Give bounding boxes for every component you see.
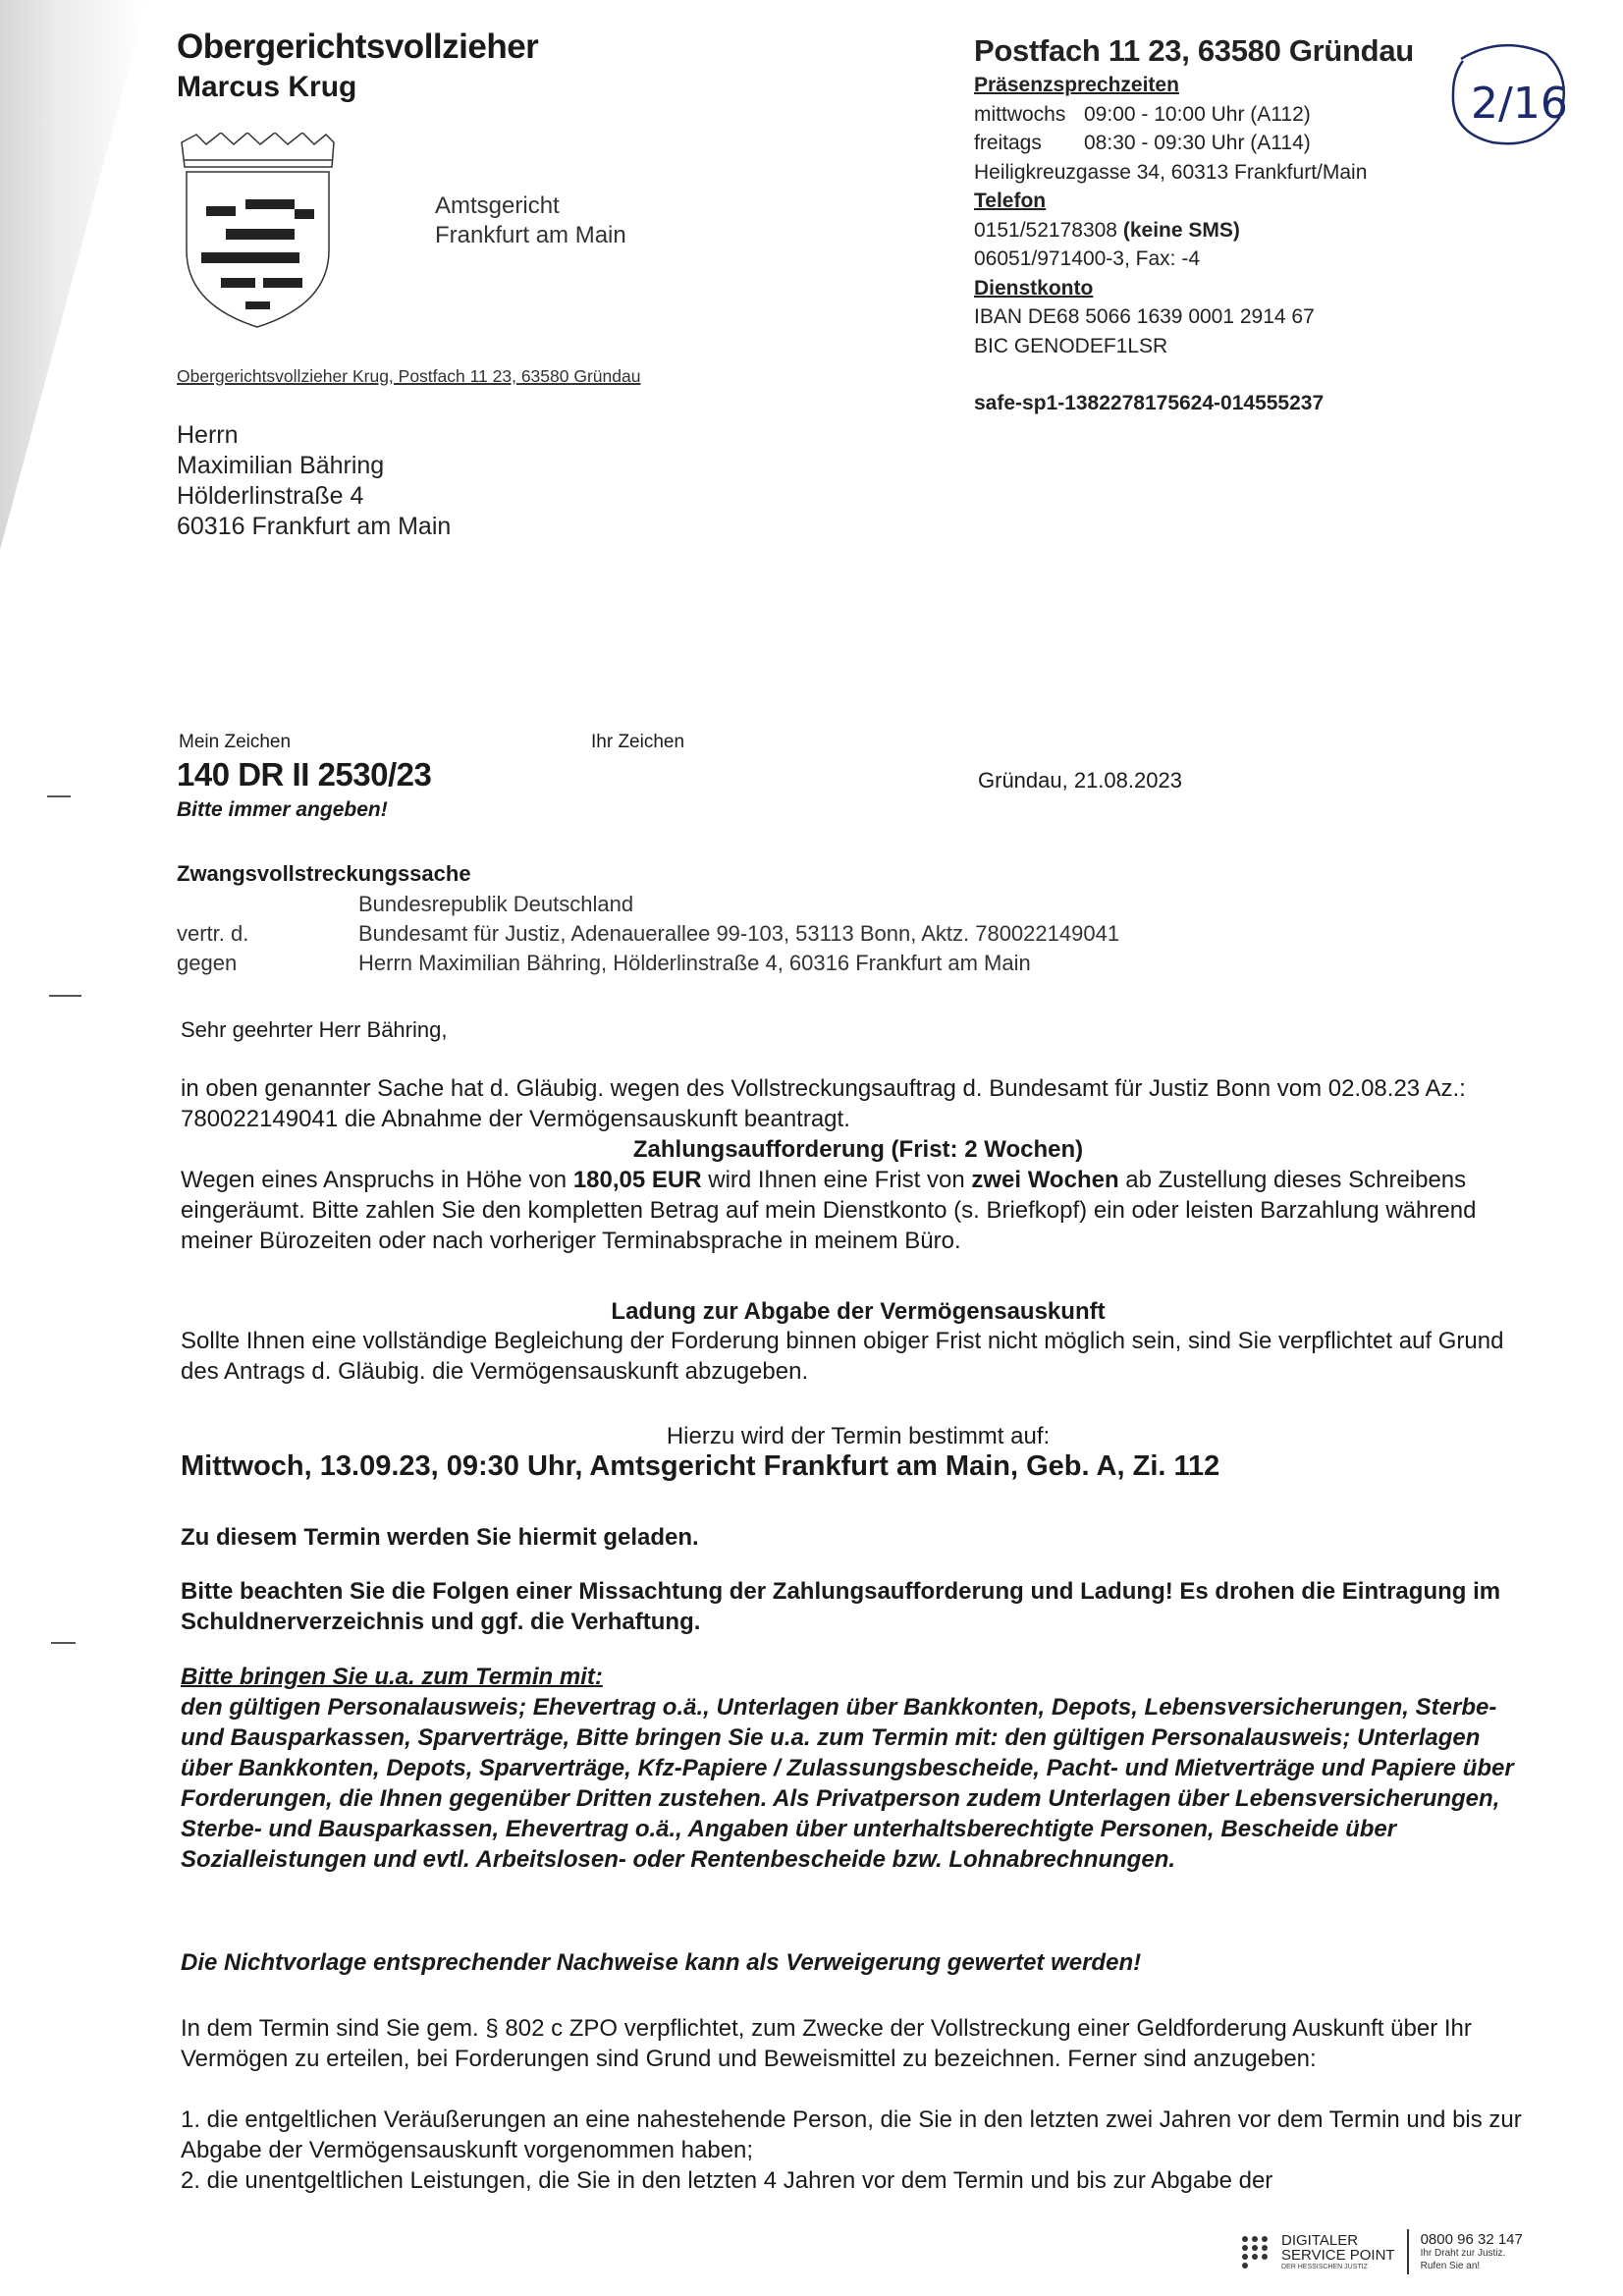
against-label: gegen — [177, 951, 237, 976]
summons-paragraph: Sollte Ihnen eine vollständige Begleichu… — [181, 1326, 1516, 1387]
service-phone: 0800 96 32 147 — [1421, 2232, 1523, 2247]
hessen-coat-of-arms-icon — [177, 133, 339, 329]
fold-mark — [47, 795, 71, 797]
office-address: Heiligkreuzgasse 34, 60313 Frankfurt/Mai… — [974, 158, 1414, 188]
obligation-paragraph: In dem Termin sind Sie gem. § 802 c ZPO … — [181, 2013, 1526, 2074]
representative: Bundesamt für Justiz, Adenauerallee 99-1… — [358, 921, 1119, 947]
payment-text: wird Ihnen eine Frist von — [702, 1167, 972, 1193]
handwritten-page-stamp-icon: 2/16 — [1443, 39, 1571, 152]
letterhead-title: Obergerichtsvollzieher — [177, 27, 538, 67]
contact-block: Postfach 11 23, 63580 Gründau Präsenzspr… — [974, 31, 1414, 418]
return-address: Obergerichtsvollzieher Krug, Postfach 11… — [177, 366, 640, 387]
svg-text:2/16: 2/16 — [1471, 79, 1568, 129]
scan-edge-shadow — [0, 0, 147, 550]
iban: IBAN DE68 5066 1639 0001 2914 67 — [974, 302, 1414, 332]
court-name: Amtsgericht Frankfurt am Main — [435, 191, 626, 250]
reference-number: 140 DR II 2530/23 — [177, 756, 431, 793]
payment-heading: Zahlungsaufforderung (Frist: 2 Wochen) — [181, 1134, 1536, 1165]
list-item-1: 1. die entgeltlichen Veräußerungen an ei… — [181, 2105, 1536, 2165]
phone-heading: Telefon — [974, 187, 1414, 216]
bring-list: den gültigen Personalausweis; Ehevertrag… — [181, 1692, 1536, 1875]
account-heading: Dienstkonto — [974, 274, 1414, 303]
debtor: Herrn Maximilian Bähring, Hölderlinstraß… — [358, 951, 1031, 976]
bic: BIC GENODEF1LSR — [974, 332, 1414, 361]
recipient-salutation: Herrn — [177, 420, 451, 451]
safe-id: safe-sp1-1382278175624-014555237 — [974, 389, 1414, 418]
brand-line-1: DIGITALER — [1281, 2233, 1395, 2248]
hours-heading: Präsenzsprechzeiten — [974, 71, 1414, 100]
hours-time: 09:00 - 10:00 Uhr (A112) — [1084, 100, 1311, 130]
summoned-notice: Zu diesem Termin werden Sie hiermit gela… — [181, 1522, 1536, 1553]
payment-text: Wegen eines Anspruchs in Höhe von — [181, 1167, 573, 1193]
reference-note: Bitte immer angeben! — [177, 798, 388, 822]
hours-time: 08:30 - 09:30 Uhr (A114) — [1084, 129, 1311, 158]
service-phone-block: 0800 96 32 147 Ihr Draht zur Justiz. Ruf… — [1421, 2232, 1523, 2272]
letterhead-name: Marcus Krug — [177, 71, 356, 104]
recipient-address: Herrn Maximilian Bähring Hölderlinstraße… — [177, 420, 451, 542]
greeting: Sehr geehrter Herr Bähring, — [181, 1014, 1536, 1045]
dots-logo-icon — [1242, 2236, 1270, 2269]
brand-line-2: SERVICE POINT — [1281, 2248, 1395, 2263]
representative-label: vertr. d. — [177, 921, 248, 947]
payment-deadline: zwei Wochen — [971, 1167, 1118, 1193]
intro-paragraph: in oben genannter Sache hat d. Gläubig. … — [181, 1073, 1526, 1134]
court-line-1: Amtsgericht — [435, 191, 626, 221]
hours-day: freitags — [974, 129, 1084, 158]
letter-date: Gründau, 21.08.2023 — [978, 768, 1182, 793]
court-line-2: Frankfurt am Main — [435, 221, 626, 250]
hours-day: mittwochs — [974, 100, 1084, 130]
warning-paragraph: Bitte beachten Sie die Folgen einer Miss… — [181, 1576, 1555, 1637]
tagline-2: Rufen Sie an! — [1421, 2260, 1523, 2272]
mobile-line: 0151/52178308 (keine SMS) — [974, 216, 1414, 246]
divider — [1407, 2229, 1409, 2274]
list-item-2: 2. die unentgeltlichen Leistungen, die S… — [181, 2165, 1536, 2196]
case-title: Zwangsvollstreckungssache — [177, 861, 471, 887]
postbox: Postfach 11 23, 63580 Gründau — [974, 31, 1414, 71]
hours-row: freitags 08:30 - 09:30 Uhr (A114) — [974, 129, 1414, 158]
digital-service-point-logo: DIGITALER SERVICE POINT DER HESSISCHEN J… — [1242, 2229, 1523, 2274]
appointment-details: Mittwoch, 13.09.23, 09:30 Uhr, Amtsgeric… — [181, 1451, 1536, 1482]
recipient-name: Maximilian Bähring — [177, 451, 451, 481]
payment-amount: 180,05 EUR — [573, 1167, 702, 1193]
fold-mark — [51, 1642, 76, 1644]
hours-row: mittwochs 09:00 - 10:00 Uhr (A112) — [974, 100, 1414, 130]
brand-subtitle: DER HESSISCHEN JUSTIZ — [1281, 2263, 1395, 2271]
summons-heading: Ladung zur Abgabe der Vermögensauskunft — [181, 1296, 1536, 1327]
mobile-note: (keine SMS) — [1123, 219, 1240, 242]
phone-line: 06051/971400-3, Fax: -4 — [974, 245, 1414, 274]
your-reference-label: Ihr Zeichen — [591, 732, 684, 753]
mobile-number: 0151/52178308 — [974, 219, 1117, 242]
recipient-street: Hölderlinstraße 4 — [177, 481, 451, 512]
service-point-name: DIGITALER SERVICE POINT DER HESSISCHEN J… — [1281, 2233, 1395, 2271]
fold-mark — [49, 995, 81, 997]
refusal-notice: Die Nichtvorlage entsprechender Nachweis… — [181, 1947, 1536, 1978]
creditor: Bundesrepublik Deutschland — [358, 892, 633, 917]
my-reference-label: Mein Zeichen — [179, 732, 291, 753]
payment-paragraph: Wegen eines Anspruchs in Höhe von 180,05… — [181, 1165, 1545, 1256]
tagline-1: Ihr Draht zur Justiz. — [1421, 2247, 1523, 2260]
bring-heading: Bitte bringen Sie u.a. zum Termin mit: — [181, 1662, 603, 1692]
recipient-city: 60316 Frankfurt am Main — [177, 512, 451, 542]
appointment-intro: Hierzu wird der Termin bestimmt auf: — [181, 1421, 1536, 1451]
